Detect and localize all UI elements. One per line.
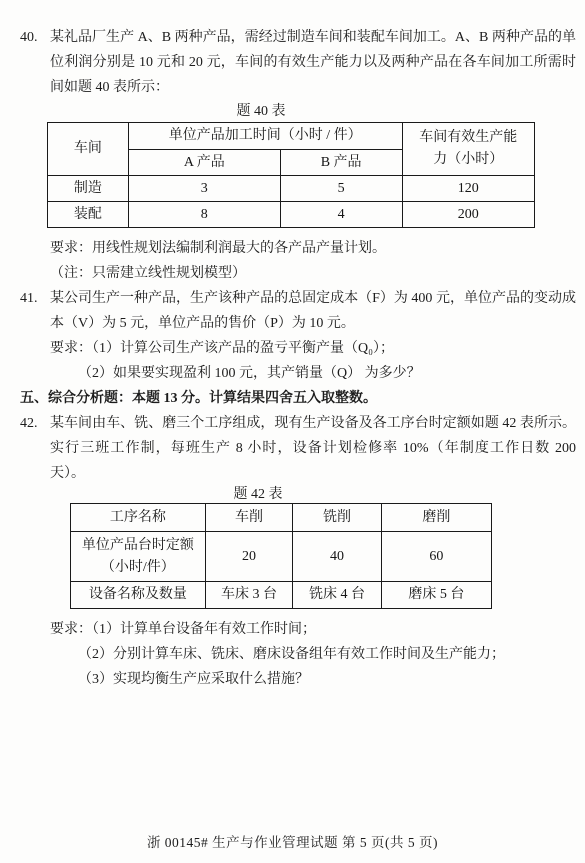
table-42-row-hour-quota: 单位产品台时定额（小时/件） 20 40 60 [71, 532, 492, 582]
question-41-number: 41. [20, 286, 38, 311]
table-40-header-row-1: 车间 单位产品加工时间（小时 / 件） 车间有效生产能力（小时） [48, 123, 535, 150]
table-40-cell-shop: 装配 [48, 202, 129, 228]
question-41-text: 某公司生产一种产品，生产该种产品的总固定成本（F）为 400 元，单位产品的变动… [50, 286, 576, 336]
question-41-requirement-2: （2）如果要实现盈利 100 元，其产销量（Q） 为多少？ [78, 361, 576, 386]
table-40-cell-capacity: 200 [402, 202, 534, 228]
table-42-quota-turning: 20 [205, 532, 293, 582]
question-40-note: （注：只需建立线性规划模型） [50, 261, 576, 286]
question-42-text: 某车间由车、铣、磨三个工序组成，现有生产设备及各工序台时定额如题 42 表所示。… [50, 411, 576, 486]
table-42: 工序名称 车削 铣削 磨削 单位产品台时定额（小时/件） 20 40 60 设备… [70, 503, 492, 609]
question-42-number: 42. [20, 411, 38, 436]
exam-page: 40. 某礼品厂生产 A、B 两种产品，需经过制造车间和装配车间加工。A、B 两… [0, 0, 585, 863]
question-41-requirement-1: 要求：（1）计算公司生产该产品的盈亏平衡产量（Q₀）； [50, 336, 576, 361]
table-42-quota-grinding: 60 [381, 532, 491, 582]
table-40-title: 题 40 表 [17, 102, 505, 122]
table-40-time-header: 单位产品加工时间（小时 / 件） [128, 123, 402, 150]
table-40-row-assembly: 装配 8 4 200 [48, 202, 535, 228]
question-40-number: 40. [20, 25, 38, 50]
table-42-title: 题 42 表 [47, 487, 469, 503]
table-40-cell-shop: 制造 [48, 176, 129, 202]
table-42-quota-label: 单位产品台时定额（小时/件） [71, 532, 206, 582]
table-40-shop-header: 车间 [48, 123, 129, 176]
question-42-requirement-1: 要求：（1）计算单台设备年有效工作时间； [50, 617, 576, 642]
table-42-equipment-label: 设备名称及数量 [71, 582, 206, 609]
question-40-text: 某礼品厂生产 A、B 两种产品，需经过制造车间和装配车间加工。A、B 两种产品的… [50, 25, 576, 100]
question-42-requirement-2: （2）分别计算车床、铣床、磨床设备组年有效工作时间及生产能力； [78, 642, 576, 667]
table-40-capacity-header: 车间有效生产能力（小时） [402, 123, 534, 176]
table-42-row-equipment: 设备名称及数量 车床 3 台 铣床 4 台 磨床 5 台 [71, 582, 492, 609]
question-40: 40. 某礼品厂生产 A、B 两种产品，需经过制造车间和装配车间加工。A、B 两… [0, 25, 576, 100]
question-42-requirement-3: （3）实现均衡生产应采取什么措施？ [78, 667, 576, 692]
question-41: 41. 某公司生产一种产品，生产该种产品的总固定成本（F）为 400 元，单位产… [0, 286, 576, 336]
table-40: 车间 单位产品加工时间（小时 / 件） 车间有效生产能力（小时） A 产品 B … [47, 122, 535, 228]
table-40-product-a-header: A 产品 [128, 150, 280, 176]
question-40-requirement: 要求：用线性规划法编制利润最大的各产品产量计划。 [50, 236, 576, 261]
table-40-cell-b: 5 [280, 176, 402, 202]
table-40-cell-b: 4 [280, 202, 402, 228]
table-40-cell-a: 3 [128, 176, 280, 202]
page-footer: 浙 00145# 生产与作业管理试题 第 5 页(共 5 页) [0, 835, 585, 850]
table-42-grinding-header: 磨削 [381, 504, 491, 532]
table-40-product-b-header: B 产品 [280, 150, 402, 176]
table-42-equipment-turning: 车床 3 台 [205, 582, 293, 609]
table-40-cell-capacity: 120 [402, 176, 534, 202]
table-40-cell-a: 8 [128, 202, 280, 228]
question-42: 42. 某车间由车、铣、磨三个工序组成，现有生产设备及各工序台时定额如题 42 … [0, 411, 576, 486]
table-42-equipment-grinding: 磨床 5 台 [381, 582, 491, 609]
table-42-equipment-milling: 铣床 4 台 [293, 582, 381, 609]
section-5-title: 五、综合分析题：本题 13 分。计算结果四舍五入取整数。 [20, 386, 576, 411]
table-42-quota-milling: 40 [293, 532, 381, 582]
table-42-process-header: 工序名称 [71, 504, 206, 532]
table-40-row-manufacturing: 制造 3 5 120 [48, 176, 535, 202]
table-42-header-row: 工序名称 车削 铣削 磨削 [71, 504, 492, 532]
table-42-turning-header: 车削 [205, 504, 293, 532]
table-42-milling-header: 铣削 [293, 504, 381, 532]
